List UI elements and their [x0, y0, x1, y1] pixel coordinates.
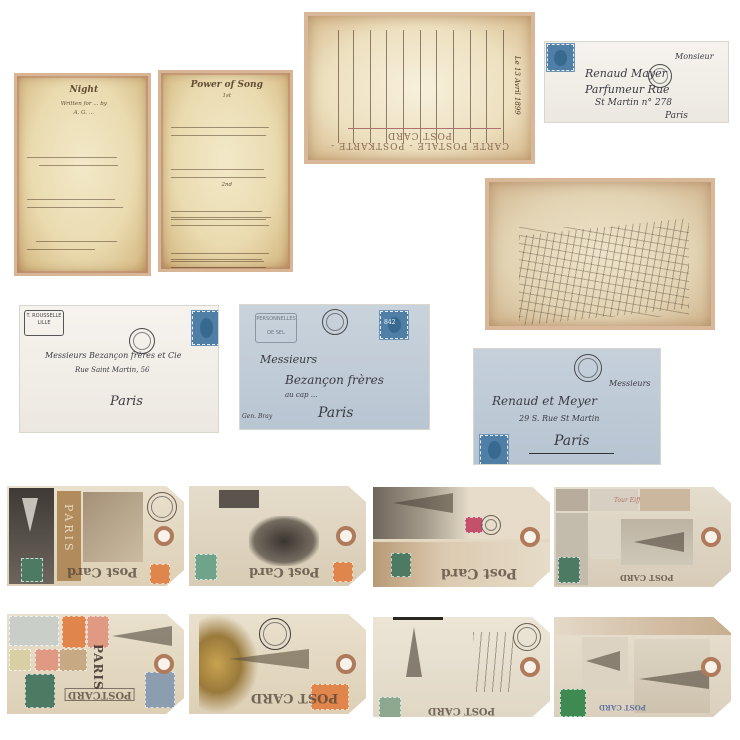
eiffel-tower-icon — [112, 626, 172, 646]
postmark-icon — [322, 309, 348, 335]
tag-hole[interactable] — [520, 527, 540, 547]
tag-hole[interactable] — [520, 657, 540, 677]
tag-hole[interactable] — [154, 654, 174, 674]
postcard-label: POST CARD — [620, 573, 674, 583]
envelope-renaud-mayer: Monsieur Renaud Mayer Parfumeur Rue St M… — [544, 41, 729, 123]
postmark-icon — [574, 354, 602, 382]
green-stamp-icon — [379, 697, 401, 717]
gift-tag-8: POST CARD — [554, 617, 731, 717]
page-title: Night — [27, 86, 140, 96]
photo-panel — [83, 492, 143, 562]
eiffel-tower-icon — [586, 651, 620, 671]
green-stamp-icon — [195, 554, 217, 580]
blue-stamp-icon — [547, 44, 574, 71]
orange-stamp-icon — [333, 562, 353, 582]
tag-hole[interactable] — [701, 527, 721, 547]
address-line: Messieurs — [260, 353, 317, 366]
address-line: Rue Saint Martin, 56 — [75, 366, 150, 374]
section-label: 2nd — [171, 181, 282, 191]
company-box-stamp: PERSONNELLES DE SEL — [255, 313, 297, 343]
carte-postale-footer: CARTE POSTALE - POSTKARTE - POST CARD — [328, 130, 511, 150]
green-stamp-icon — [21, 558, 43, 582]
pink-stamp-icon — [35, 649, 59, 671]
paris-label: PARIS — [91, 644, 105, 691]
gift-tag-7: POST CARD — [373, 617, 550, 717]
eiffel-tower-icon — [22, 498, 38, 532]
postcard-label: POST CARD — [251, 690, 338, 705]
address-line: Monsieur — [675, 52, 714, 61]
photo-panel — [640, 489, 690, 511]
blue-stamp-icon — [192, 311, 219, 345]
stamp-number: 842 — [384, 319, 395, 326]
green-stamp-icon — [391, 553, 411, 577]
box-stamp-line: PERSONNELLES — [256, 316, 295, 322]
dense-letter-page — [485, 178, 715, 330]
box-stamp-line: DE SEL — [267, 330, 285, 336]
underline — [529, 453, 614, 454]
gift-tag-1: PARIS Post Card — [7, 486, 184, 586]
address-line: Paris — [318, 405, 354, 421]
handwriting-lines — [27, 131, 140, 276]
envelope-renaud-meyer: Messieurs Renaud et Meyer 29 S. Rue St M… — [473, 348, 661, 465]
corner-note: Gen. Bray — [242, 413, 272, 420]
page-subtitle-2: A. G. ... — [27, 109, 140, 119]
address-line: Paris — [110, 394, 143, 409]
postcard-label: POSTCARD — [65, 688, 135, 701]
tan-stamp-icon — [59, 649, 87, 671]
handwriting-lines — [473, 632, 513, 692]
postcard-label: POST CARD — [428, 705, 495, 716]
photo-panel — [219, 490, 259, 508]
address-line: Renaud Mayer — [585, 67, 667, 80]
eiffel-tower-icon — [406, 627, 422, 677]
postcard-label: Post Card — [249, 564, 320, 579]
company-box-stamp: T. ROUSSELLE LILLE — [24, 310, 64, 336]
eiffel-tower-icon — [229, 649, 309, 669]
eiffel-stamp-icon — [9, 616, 59, 646]
box-stamp-line: LILLE — [38, 320, 51, 326]
postmark-icon — [259, 618, 291, 650]
postmark-icon — [147, 492, 177, 522]
rotated-postcard-letter: Le 13 Avril 1899 CARTE POSTALE - POSTKAR… — [304, 12, 535, 164]
orange-stamp-icon — [150, 564, 170, 584]
page-title: Power of Song — [171, 81, 282, 91]
box-stamp-line: T. ROUSSELLE — [27, 313, 62, 319]
address-line: 29 S. Rue St Martin — [519, 414, 599, 423]
green-stamp-icon — [560, 689, 586, 717]
address-line: Paris — [665, 111, 688, 121]
address-line: Renaud et Meyer — [492, 394, 597, 408]
postcard-label: Post Card — [67, 564, 138, 579]
tag-hole[interactable] — [701, 657, 721, 677]
divider-line — [348, 128, 501, 129]
orange-stamp-icon — [62, 616, 86, 648]
tag-hole[interactable] — [336, 526, 356, 546]
letter-date: Le 13 Avril 1899 — [513, 56, 521, 115]
address-line: Paris — [554, 433, 590, 449]
gift-tag-3: Post Card — [373, 487, 550, 587]
green-stamp-icon — [558, 557, 580, 583]
blue-stamp-icon — [480, 435, 508, 465]
photo-panel — [590, 519, 620, 559]
postmark-icon — [513, 623, 541, 651]
photo-panel — [554, 617, 731, 635]
blue-gray-stamp-icon — [145, 672, 175, 708]
green-stamp-icon — [25, 674, 55, 708]
address-line: Messieurs Bezançon frères et Cie — [45, 351, 181, 360]
paris-label: PARIS — [62, 504, 75, 554]
gift-tag-4: Tour Eiffel POST CARD — [554, 487, 731, 587]
windmill-photo — [249, 516, 319, 566]
eiffel-tower-icon — [639, 669, 709, 689]
address-line: Messieurs — [609, 379, 651, 388]
gift-tag-2: Post Card — [189, 486, 366, 586]
eiffel-tower-icon — [634, 532, 684, 552]
eiffel-tower-icon — [393, 493, 453, 513]
photo-panel — [556, 489, 588, 511]
gift-tag-5: PARIS POSTCARD — [7, 614, 184, 714]
address-line: au cap ... — [285, 391, 317, 399]
night-poem-page: Night Written for ... by A. G. ... — [14, 73, 151, 276]
tag-hole[interactable] — [336, 654, 356, 674]
envelope-bezancon: PERSONNELLES DE SEL 842 Messieurs Bezanç… — [239, 304, 430, 430]
handwriting-lines — [171, 191, 282, 272]
power-of-song-page: Power of Song 1st 2nd — [158, 70, 293, 272]
gift-tag-6: POST CARD — [189, 614, 366, 714]
postcard-label: POST CARD — [599, 703, 646, 712]
address-line: Bezançon frères — [285, 373, 384, 387]
cross-writing — [519, 227, 689, 317]
postmark-icon — [481, 515, 501, 535]
photo-strip — [393, 617, 443, 620]
envelope-rousselle: T. ROUSSELLE LILLE Messieurs Bezançon fr… — [19, 305, 219, 433]
address-line: St Martin n° 278 — [595, 98, 672, 108]
tag-hole[interactable] — [154, 526, 174, 546]
address-line: Parfumeur Rue — [585, 83, 670, 96]
postcard-label: Post Card — [441, 565, 517, 581]
yellow-stamp-icon — [9, 649, 31, 671]
